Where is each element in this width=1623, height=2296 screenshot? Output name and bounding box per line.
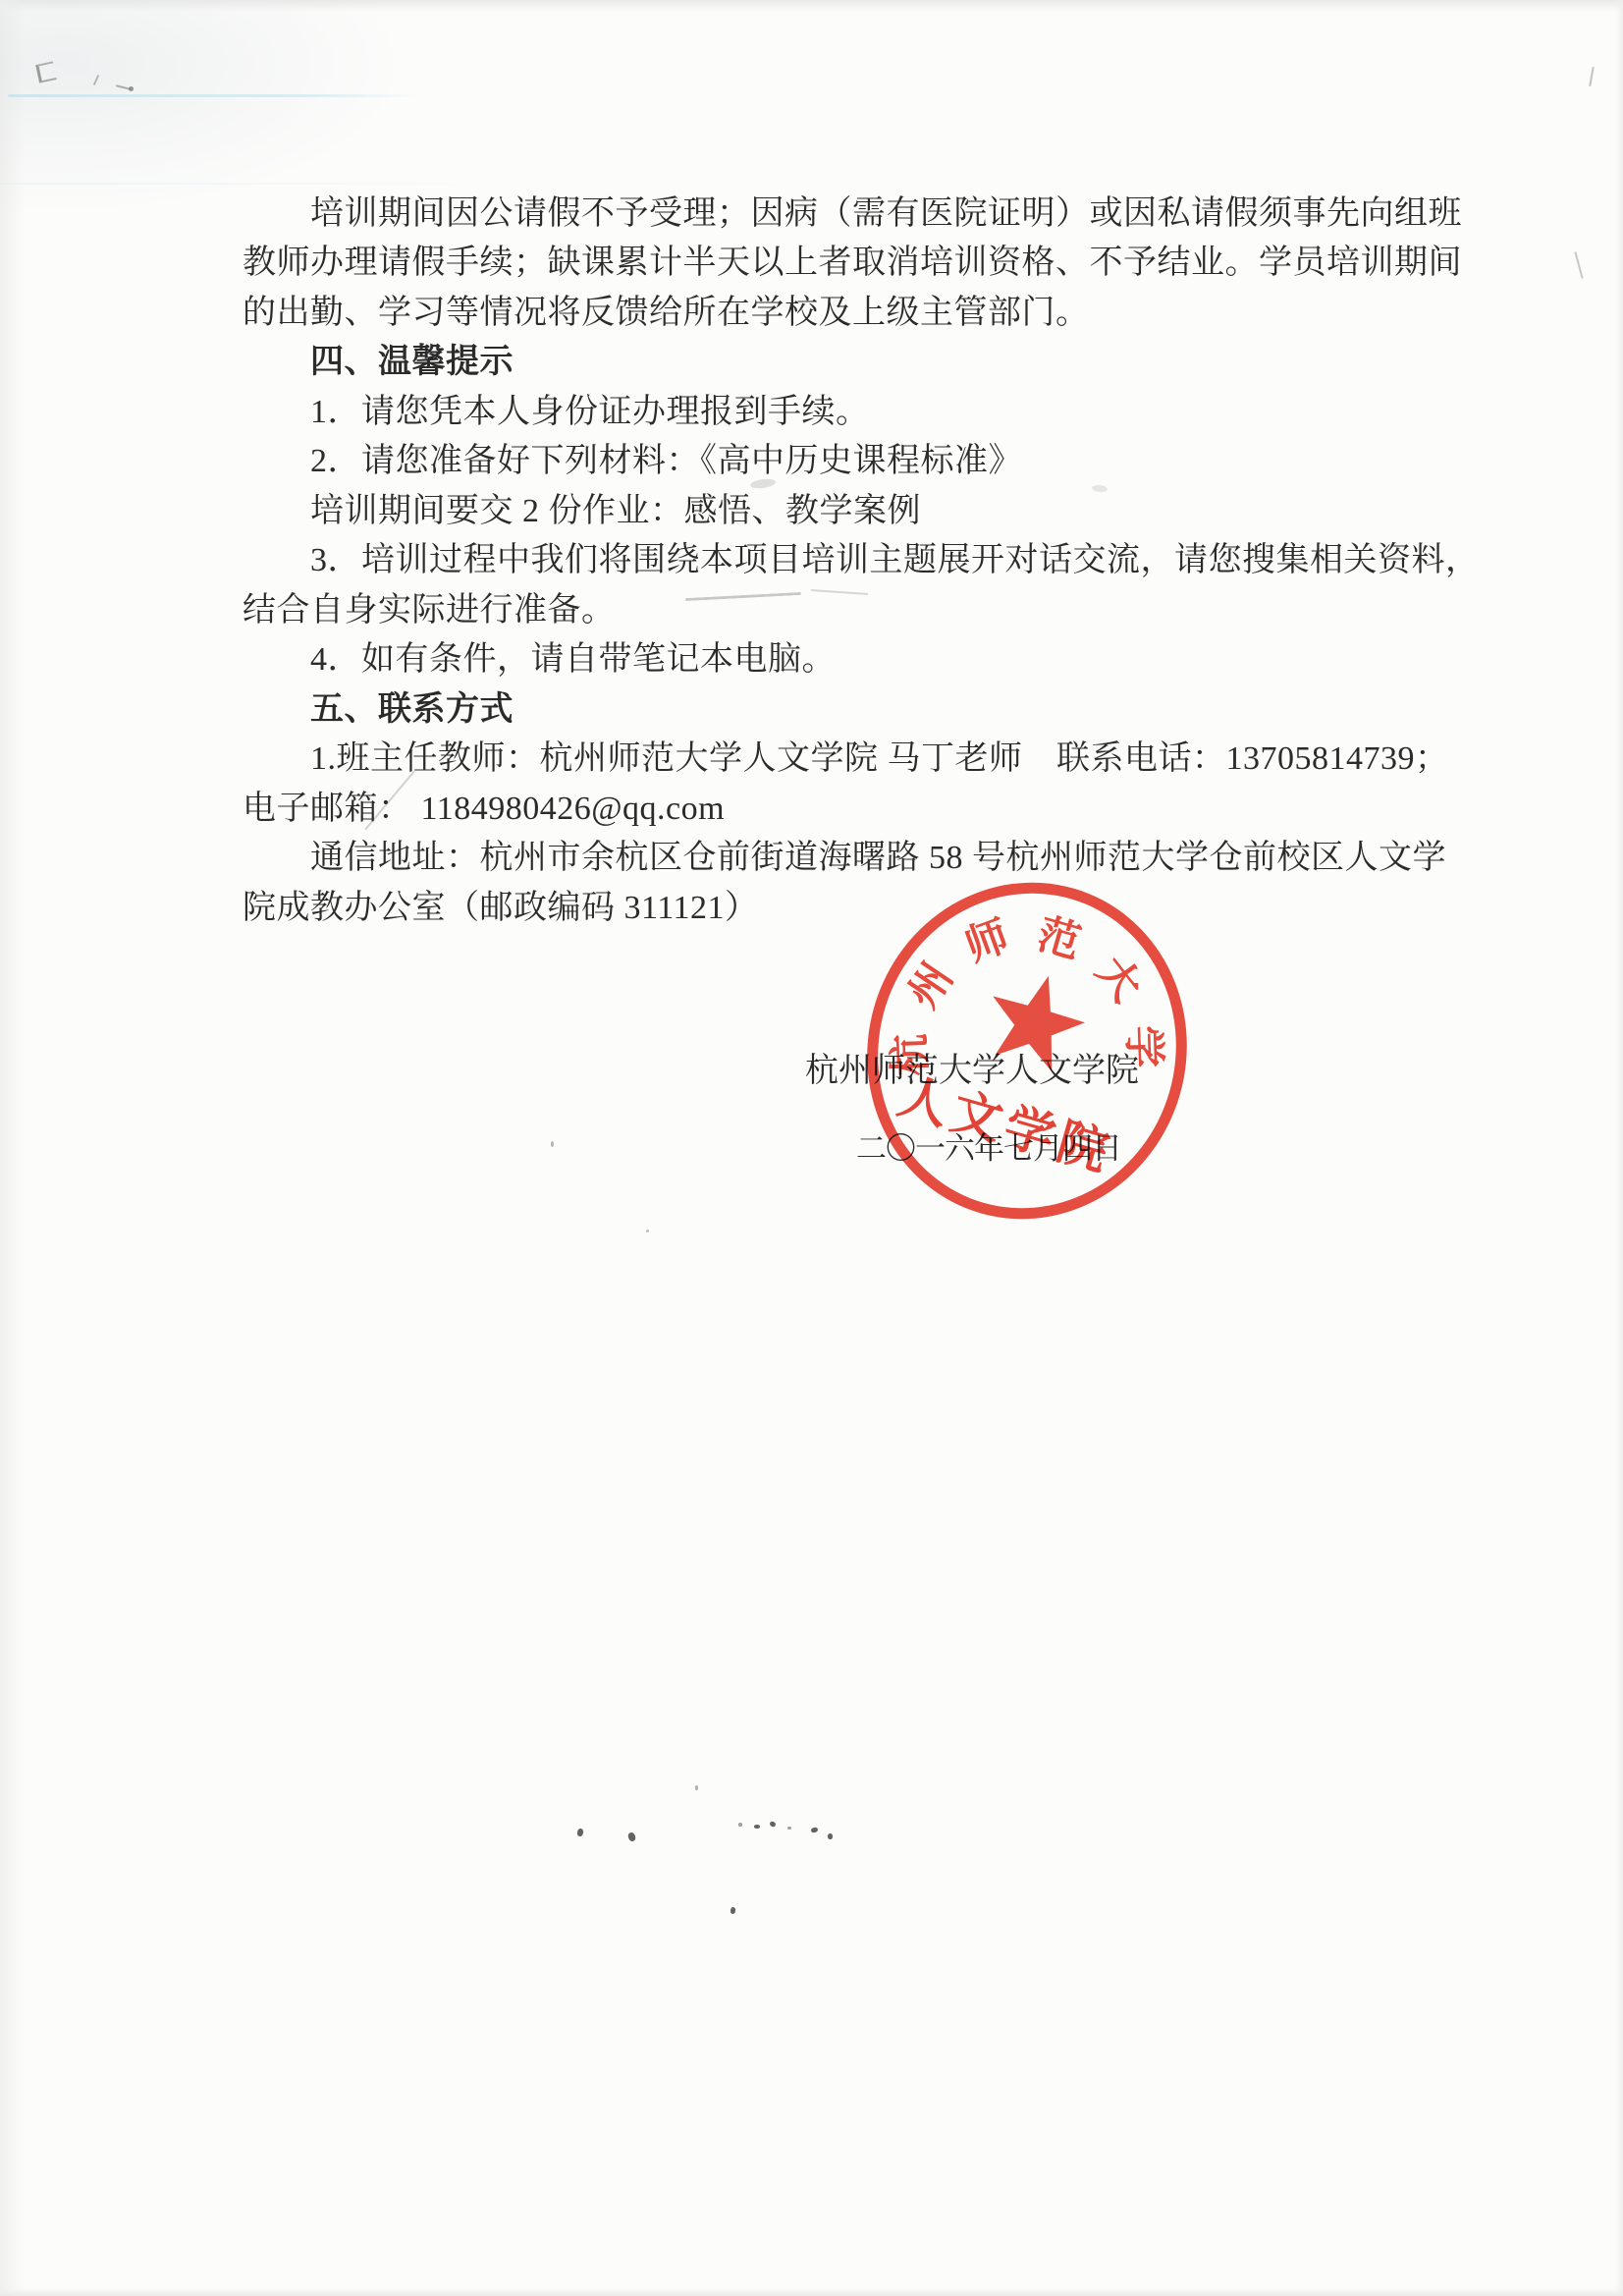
- doc-line: 3．培训过程中我们将围绕本项目培训主题展开对话交流，请您搜集相关资料，: [243, 540, 1547, 581]
- doc-heading: 五、联系方式: [243, 689, 1547, 731]
- pen-tick: [1589, 67, 1594, 86]
- scan-blue-line: [0, 183, 550, 185]
- ink-speck: [738, 1823, 742, 1827]
- scan-edge-shadow-bottom: [0, 2288, 1623, 2296]
- doc-line: 1.班主任教师：杭州师范大学人文学院 马丁老师 联系电话：13705814739…: [243, 738, 1547, 780]
- doc-line: 教师办理请假手续；缺课累计半天以上者取消培训资格、不予结业。学员培训期间: [243, 243, 1480, 284]
- doc-line: 培训期间要交 2 份作业：感悟、教学案例: [243, 491, 1547, 532]
- scan-edge-shadow-left: [0, 0, 26, 2296]
- ink-speck: [787, 1827, 791, 1830]
- seal-arc-char: 范: [1033, 913, 1085, 965]
- scan-edge-shadow-right: [1615, 0, 1623, 2296]
- seal-arc-char: 学: [1121, 1025, 1164, 1068]
- ink-speck: [576, 1828, 584, 1836]
- ink-speck: [627, 1831, 637, 1842]
- doc-heading: 四、温馨提示: [243, 342, 1547, 383]
- ink-speck: [769, 1821, 777, 1828]
- ink-speck: [646, 1230, 649, 1232]
- document-page: 培训期间因公请假不予受理；因病（需有医院证明）或因私请假须事先向组班 教师办理请…: [0, 0, 1623, 2296]
- doc-line: 电子邮箱： 1184980426@qq.com: [243, 789, 1480, 830]
- pencil-mark: [35, 61, 57, 82]
- pencil-mark: [129, 86, 134, 91]
- doc-line: 院成教办公室（邮政编码 311121）: [243, 888, 1480, 929]
- ink-speck: [730, 1907, 736, 1915]
- ink-speck: [754, 1825, 760, 1829]
- doc-line: 结合自身实际进行准备。: [243, 590, 1480, 631]
- ink-speck: [828, 1833, 833, 1839]
- pen-tick: [1574, 251, 1583, 279]
- doc-line: 1．请您凭本人身份证办理报到手续。: [243, 392, 1547, 433]
- ink-speck: [695, 1785, 698, 1790]
- seal-arc-char: 州: [901, 957, 960, 1015]
- scan-blue-line: [8, 94, 420, 97]
- doc-line: 的出勤、学习等情况将反馈给所在学校及上级主管部门。: [243, 293, 1480, 334]
- doc-line: 通信地址：杭州市余杭区仓前街道海曙路 58 号杭州师范大学仓前校区人文学: [243, 838, 1547, 879]
- doc-line: 2．请您准备好下列材料：《高中历史课程标准》: [243, 441, 1547, 482]
- ink-speck: [551, 1141, 554, 1147]
- doc-line: 4．如有条件，请自带笔记本电脑。: [243, 639, 1547, 681]
- ink-speck: [810, 1827, 818, 1833]
- doc-line: 培训期间因公请假不予受理；因病（需有医院证明）或因私请假须事先向组班: [243, 193, 1547, 235]
